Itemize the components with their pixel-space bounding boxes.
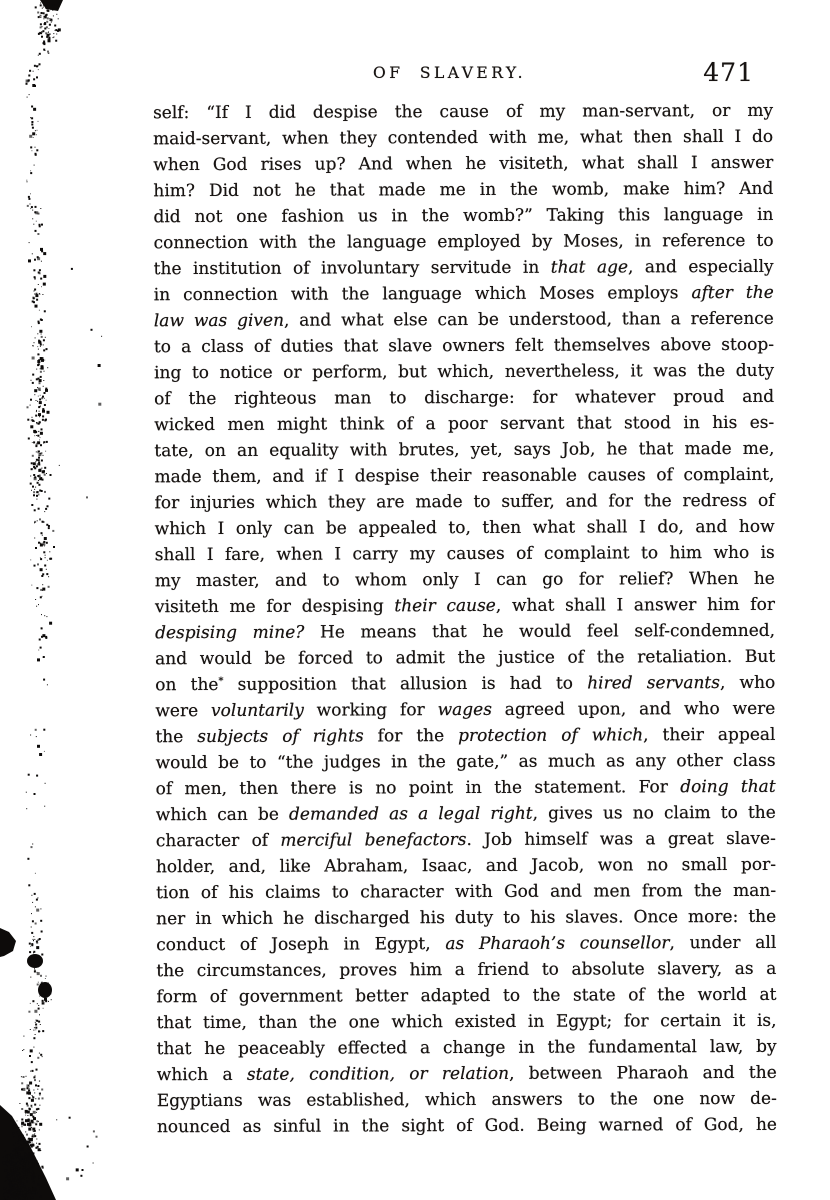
text-line: conduct of Joseph in Egypt, as Pharaoh’s… (156, 930, 776, 958)
text-line: on the* supposition that allusion is had… (155, 670, 775, 698)
text-line: self: “If I did despise the cause of my … (153, 98, 773, 126)
text-line: and would be forced to admit the justice… (155, 644, 775, 672)
running-title: OF SLAVERY. (373, 64, 526, 82)
text-line: to a class of duties that slave owners f… (154, 332, 774, 360)
text-line: for injuries which they are made to suff… (155, 488, 775, 516)
text-line: shall I fare, when I carry my causes of … (155, 540, 775, 568)
text-line: Egyptians was established, which answers… (157, 1086, 777, 1114)
text-line: the circumstances, proves him a friend t… (156, 956, 776, 984)
ink-blot (38, 982, 52, 998)
text-line: that time, than the one which existed in… (156, 1008, 776, 1036)
text-line: of the righteous man to discharge: for w… (154, 384, 774, 412)
text-line: holder, and, like Abraham, Isaac, and Ja… (156, 852, 776, 880)
corner-blot (0, 1105, 56, 1200)
text-line: which I only can be appealed to, then wh… (155, 514, 775, 542)
text-line: law was given, and what else can be unde… (154, 306, 774, 334)
text-line: him? Did not he that made me in the womb… (153, 176, 773, 204)
text-line: my master, and to whom only I can go for… (155, 566, 775, 594)
text-line: when God rises up? And when he visiteth,… (153, 150, 773, 178)
text-line: did not one fashion us in the womb?” Tak… (153, 202, 773, 230)
text-line: in connection with the language which Mo… (154, 280, 774, 308)
book-page-scan: OF SLAVERY. 471 self: “If I did despise … (0, 0, 830, 1200)
text-line: tion of his claims to character with God… (156, 878, 776, 906)
text-line: character of merciful benefactors. Job h… (156, 826, 776, 854)
text-line: ing to notice or perform, but which, nev… (154, 358, 774, 386)
text-line: that he peaceably effected a change in t… (157, 1034, 777, 1062)
text-line: would be to “the judges in the gate,” as… (156, 748, 776, 776)
scan-blot (40, 0, 63, 11)
text-line: the institution of involuntary servitude… (154, 254, 774, 282)
text-line: nounced as sinful in the sight of God. B… (157, 1112, 777, 1140)
text-line: maid-servant, when they contended with m… (153, 124, 773, 152)
text-line: visiteth me for despising their cause, w… (155, 592, 775, 620)
text-line: ner in which he discharged his duty to h… (156, 904, 776, 932)
text-line: wicked men might think of a poor servant… (154, 410, 774, 438)
text-line: tate, on an equality with brutes, yet, s… (154, 436, 774, 464)
page-header: OF SLAVERY. 471 (155, 58, 775, 90)
ink-blot (27, 954, 43, 968)
page-number: 471 (703, 58, 754, 87)
text-line: which a state, condition, or relation, b… (157, 1060, 777, 1088)
text-line: the subjects of rights for the protectio… (155, 722, 775, 750)
text-line: form of government better adapted to the… (156, 982, 776, 1010)
body-text: self: “If I did despise the cause of my … (153, 98, 777, 1140)
text-line: connection with the language employed by… (154, 228, 774, 256)
scan-edge-noise (0, 0, 150, 1200)
thumb-mark (0, 928, 16, 957)
text-line: made them, and if I despise their reason… (154, 462, 774, 490)
text-line: which can be demanded as a legal right, … (156, 800, 776, 828)
text-line: despising mine? He means that he would f… (155, 618, 775, 646)
text-line: were voluntarily working for wages agree… (155, 696, 775, 724)
text-line: of men, then there is no point in the st… (156, 774, 776, 802)
